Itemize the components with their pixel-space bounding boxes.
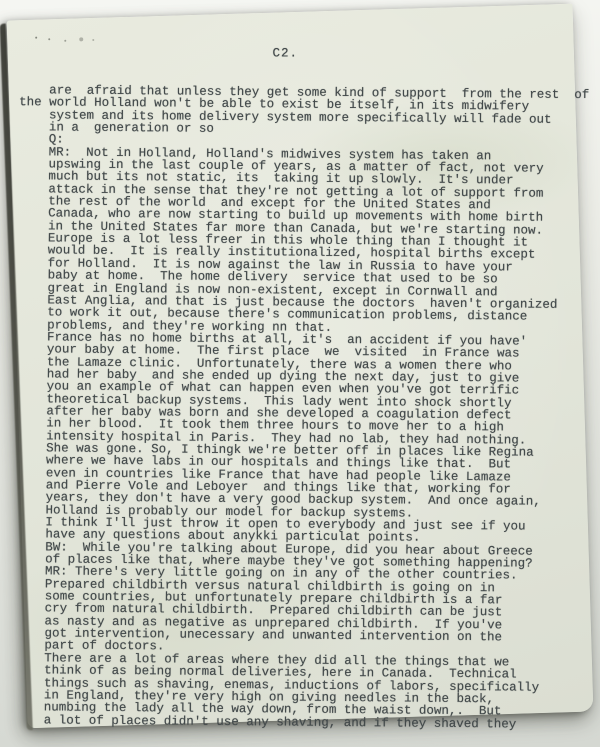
typed-text-layer: C2. are afraid that unless they get some… bbox=[14, 24, 573, 733]
typed-text-body: are afraid that unless they get some kin… bbox=[14, 84, 590, 731]
document-page: C2. are afraid that unless they get some… bbox=[7, 4, 594, 728]
photo-background: { "document": { "page_number": "C2.", "l… bbox=[0, 0, 600, 747]
page-number: C2. bbox=[272, 46, 298, 60]
